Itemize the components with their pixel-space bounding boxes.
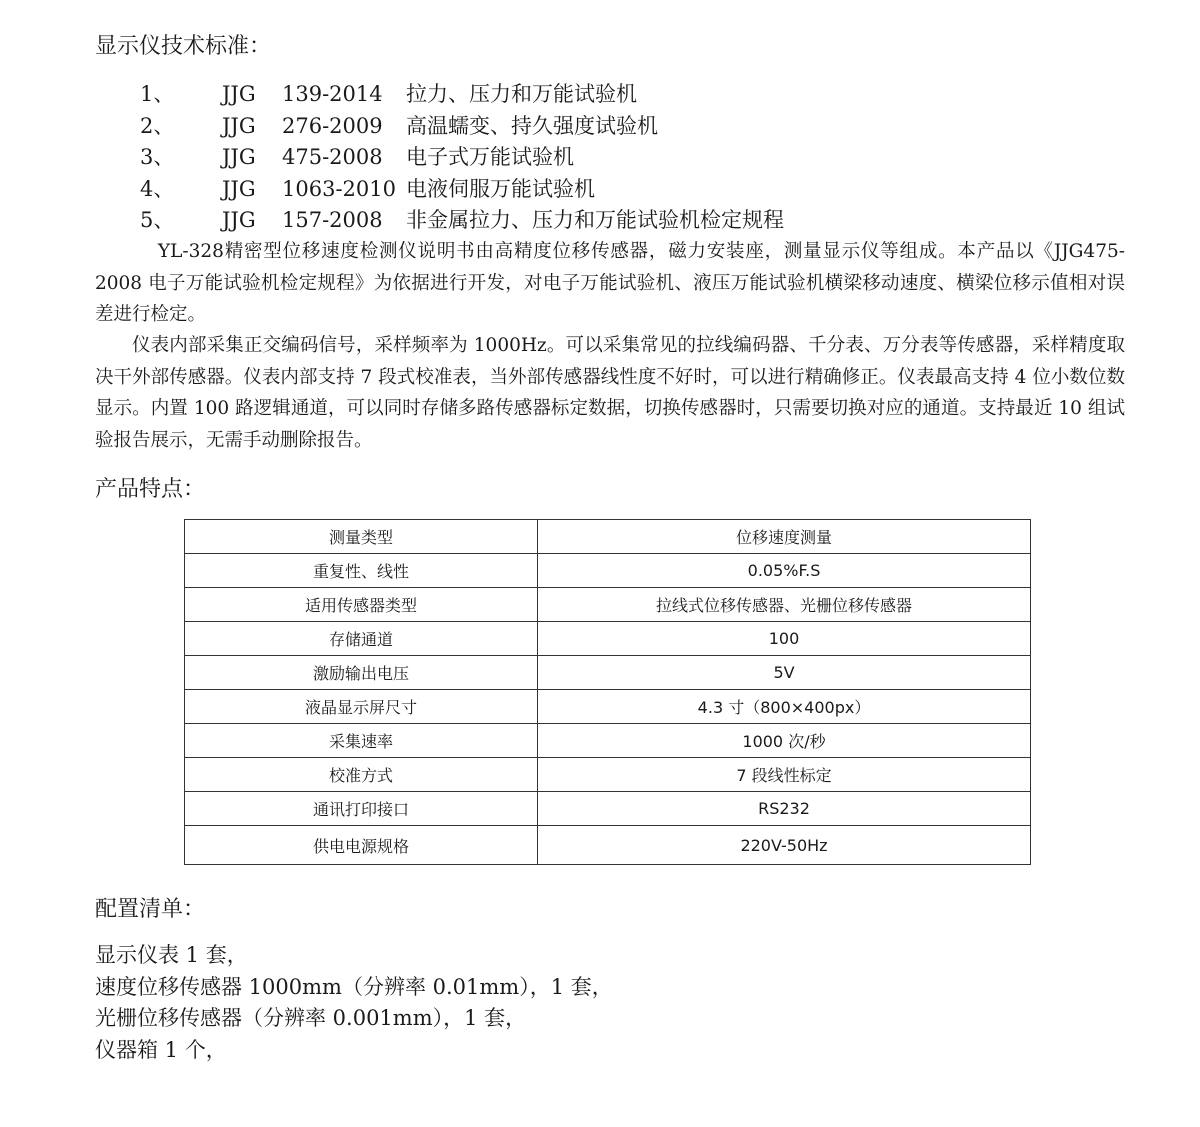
config-item: 显示仪表 1 套， <box>95 940 613 972</box>
spec-value: 220V-50Hz <box>538 826 1031 865</box>
config-list: 显示仪表 1 套， 速度位移传感器 1000mm（分辨率 0.01mm），1 套… <box>95 940 613 1066</box>
table-row: 存储通道100 <box>185 622 1031 656</box>
item-number: 3、 <box>140 142 222 173</box>
standard-code: JJG <box>222 205 282 236</box>
spec-key: 采集速率 <box>185 724 538 758</box>
spec-value: 4.3 寸（800×400px） <box>538 690 1031 724</box>
spec-key: 重复性、线性 <box>185 554 538 588</box>
table-row: 通讯打印接口RS232 <box>185 792 1031 826</box>
paragraph-text: YL-328精密型位移速度检测仪说明书由高精度位移传感器，磁力安装座，测量显示仪… <box>95 236 1125 331</box>
config-heading: 配置清单： <box>95 896 205 924</box>
standard-title: 电子式万能试验机 <box>406 142 574 173</box>
table-row: 激励输出电压5V <box>185 656 1031 690</box>
spec-key: 校准方式 <box>185 758 538 792</box>
table-row: 采集速率1000 次/秒 <box>185 724 1031 758</box>
table-row: 校准方式7 段线性标定 <box>185 758 1031 792</box>
config-item: 光栅位移传感器（分辨率 0.001mm），1 套， <box>95 1003 613 1035</box>
standard-item: 5、 JJG 157-2008 非金属拉力、压力和万能试验机检定规程 <box>140 205 784 237</box>
spec-value: 0.05%F.S <box>538 554 1031 588</box>
standard-title: 电液伺服万能试验机 <box>406 174 595 205</box>
spec-key: 液晶显示屏尺寸 <box>185 690 538 724</box>
standard-number: 157-2008 <box>282 205 406 236</box>
standards-heading: 显示仪技术标准： <box>95 33 271 61</box>
spec-key: 激励输出电压 <box>185 656 538 690</box>
standard-number: 139-2014 <box>282 79 406 110</box>
standard-code: JJG <box>222 111 282 142</box>
standard-title: 拉力、压力和万能试验机 <box>406 79 637 110</box>
spec-value: 位移速度测量 <box>538 520 1031 554</box>
description-paragraph-2: 仪表内部采集正交编码信号，采样频率为 1000Hz。可以采集常见的拉线编码器、千… <box>95 330 1125 456</box>
spec-value: 1000 次/秒 <box>538 724 1031 758</box>
config-item: 仪器箱 1 个， <box>95 1035 613 1067</box>
spec-key: 测量类型 <box>185 520 538 554</box>
standard-item: 1、 JJG 139-2014 拉力、压力和万能试验机 <box>140 79 784 111</box>
spec-key: 供电电源规格 <box>185 826 538 865</box>
spec-table: 测量类型位移速度测量 重复性、线性0.05%F.S 适用传感器类型拉线式位移传感… <box>184 519 1031 865</box>
spec-key: 适用传感器类型 <box>185 588 538 622</box>
spec-value: 100 <box>538 622 1031 656</box>
standard-code: JJG <box>222 142 282 173</box>
standards-list: 1、 JJG 139-2014 拉力、压力和万能试验机 2、 JJG 276-2… <box>140 79 784 237</box>
standard-number: 475-2008 <box>282 142 406 173</box>
spec-value: RS232 <box>538 792 1031 826</box>
table-row: 适用传感器类型拉线式位移传感器、光栅位移传感器 <box>185 588 1031 622</box>
table-row: 液晶显示屏尺寸4.3 寸（800×400px） <box>185 690 1031 724</box>
standard-code: JJG <box>222 174 282 205</box>
config-item: 速度位移传感器 1000mm（分辨率 0.01mm），1 套， <box>95 972 613 1004</box>
standard-item: 3、 JJG 475-2008 电子式万能试验机 <box>140 142 784 174</box>
spec-value: 拉线式位移传感器、光栅位移传感器 <box>538 588 1031 622</box>
features-heading: 产品特点： <box>95 476 205 504</box>
standard-number: 1063-2010 <box>282 174 406 205</box>
standard-code: JJG <box>222 79 282 110</box>
table-row: 测量类型位移速度测量 <box>185 520 1031 554</box>
standard-item: 4、 JJG 1063-2010 电液伺服万能试验机 <box>140 174 784 206</box>
item-number: 1、 <box>140 79 222 110</box>
spec-value: 5V <box>538 656 1031 690</box>
item-number: 2、 <box>140 111 222 142</box>
standard-number: 276-2009 <box>282 111 406 142</box>
standard-title: 高温蠕变、持久强度试验机 <box>406 111 658 142</box>
paragraph-text: 仪表内部采集正交编码信号，采样频率为 1000Hz。可以采集常见的拉线编码器、千… <box>95 330 1125 456</box>
table-row: 供电电源规格220V-50Hz <box>185 826 1031 865</box>
description-paragraph-1: YL-328精密型位移速度检测仪说明书由高精度位移传感器，磁力安装座，测量显示仪… <box>95 236 1125 331</box>
spec-key: 存储通道 <box>185 622 538 656</box>
standard-item: 2、 JJG 276-2009 高温蠕变、持久强度试验机 <box>140 111 784 143</box>
item-number: 4、 <box>140 174 222 205</box>
standard-title: 非金属拉力、压力和万能试验机检定规程 <box>406 205 784 236</box>
item-number: 5、 <box>140 205 222 236</box>
spec-key: 通讯打印接口 <box>185 792 538 826</box>
spec-value: 7 段线性标定 <box>538 758 1031 792</box>
table-row: 重复性、线性0.05%F.S <box>185 554 1031 588</box>
